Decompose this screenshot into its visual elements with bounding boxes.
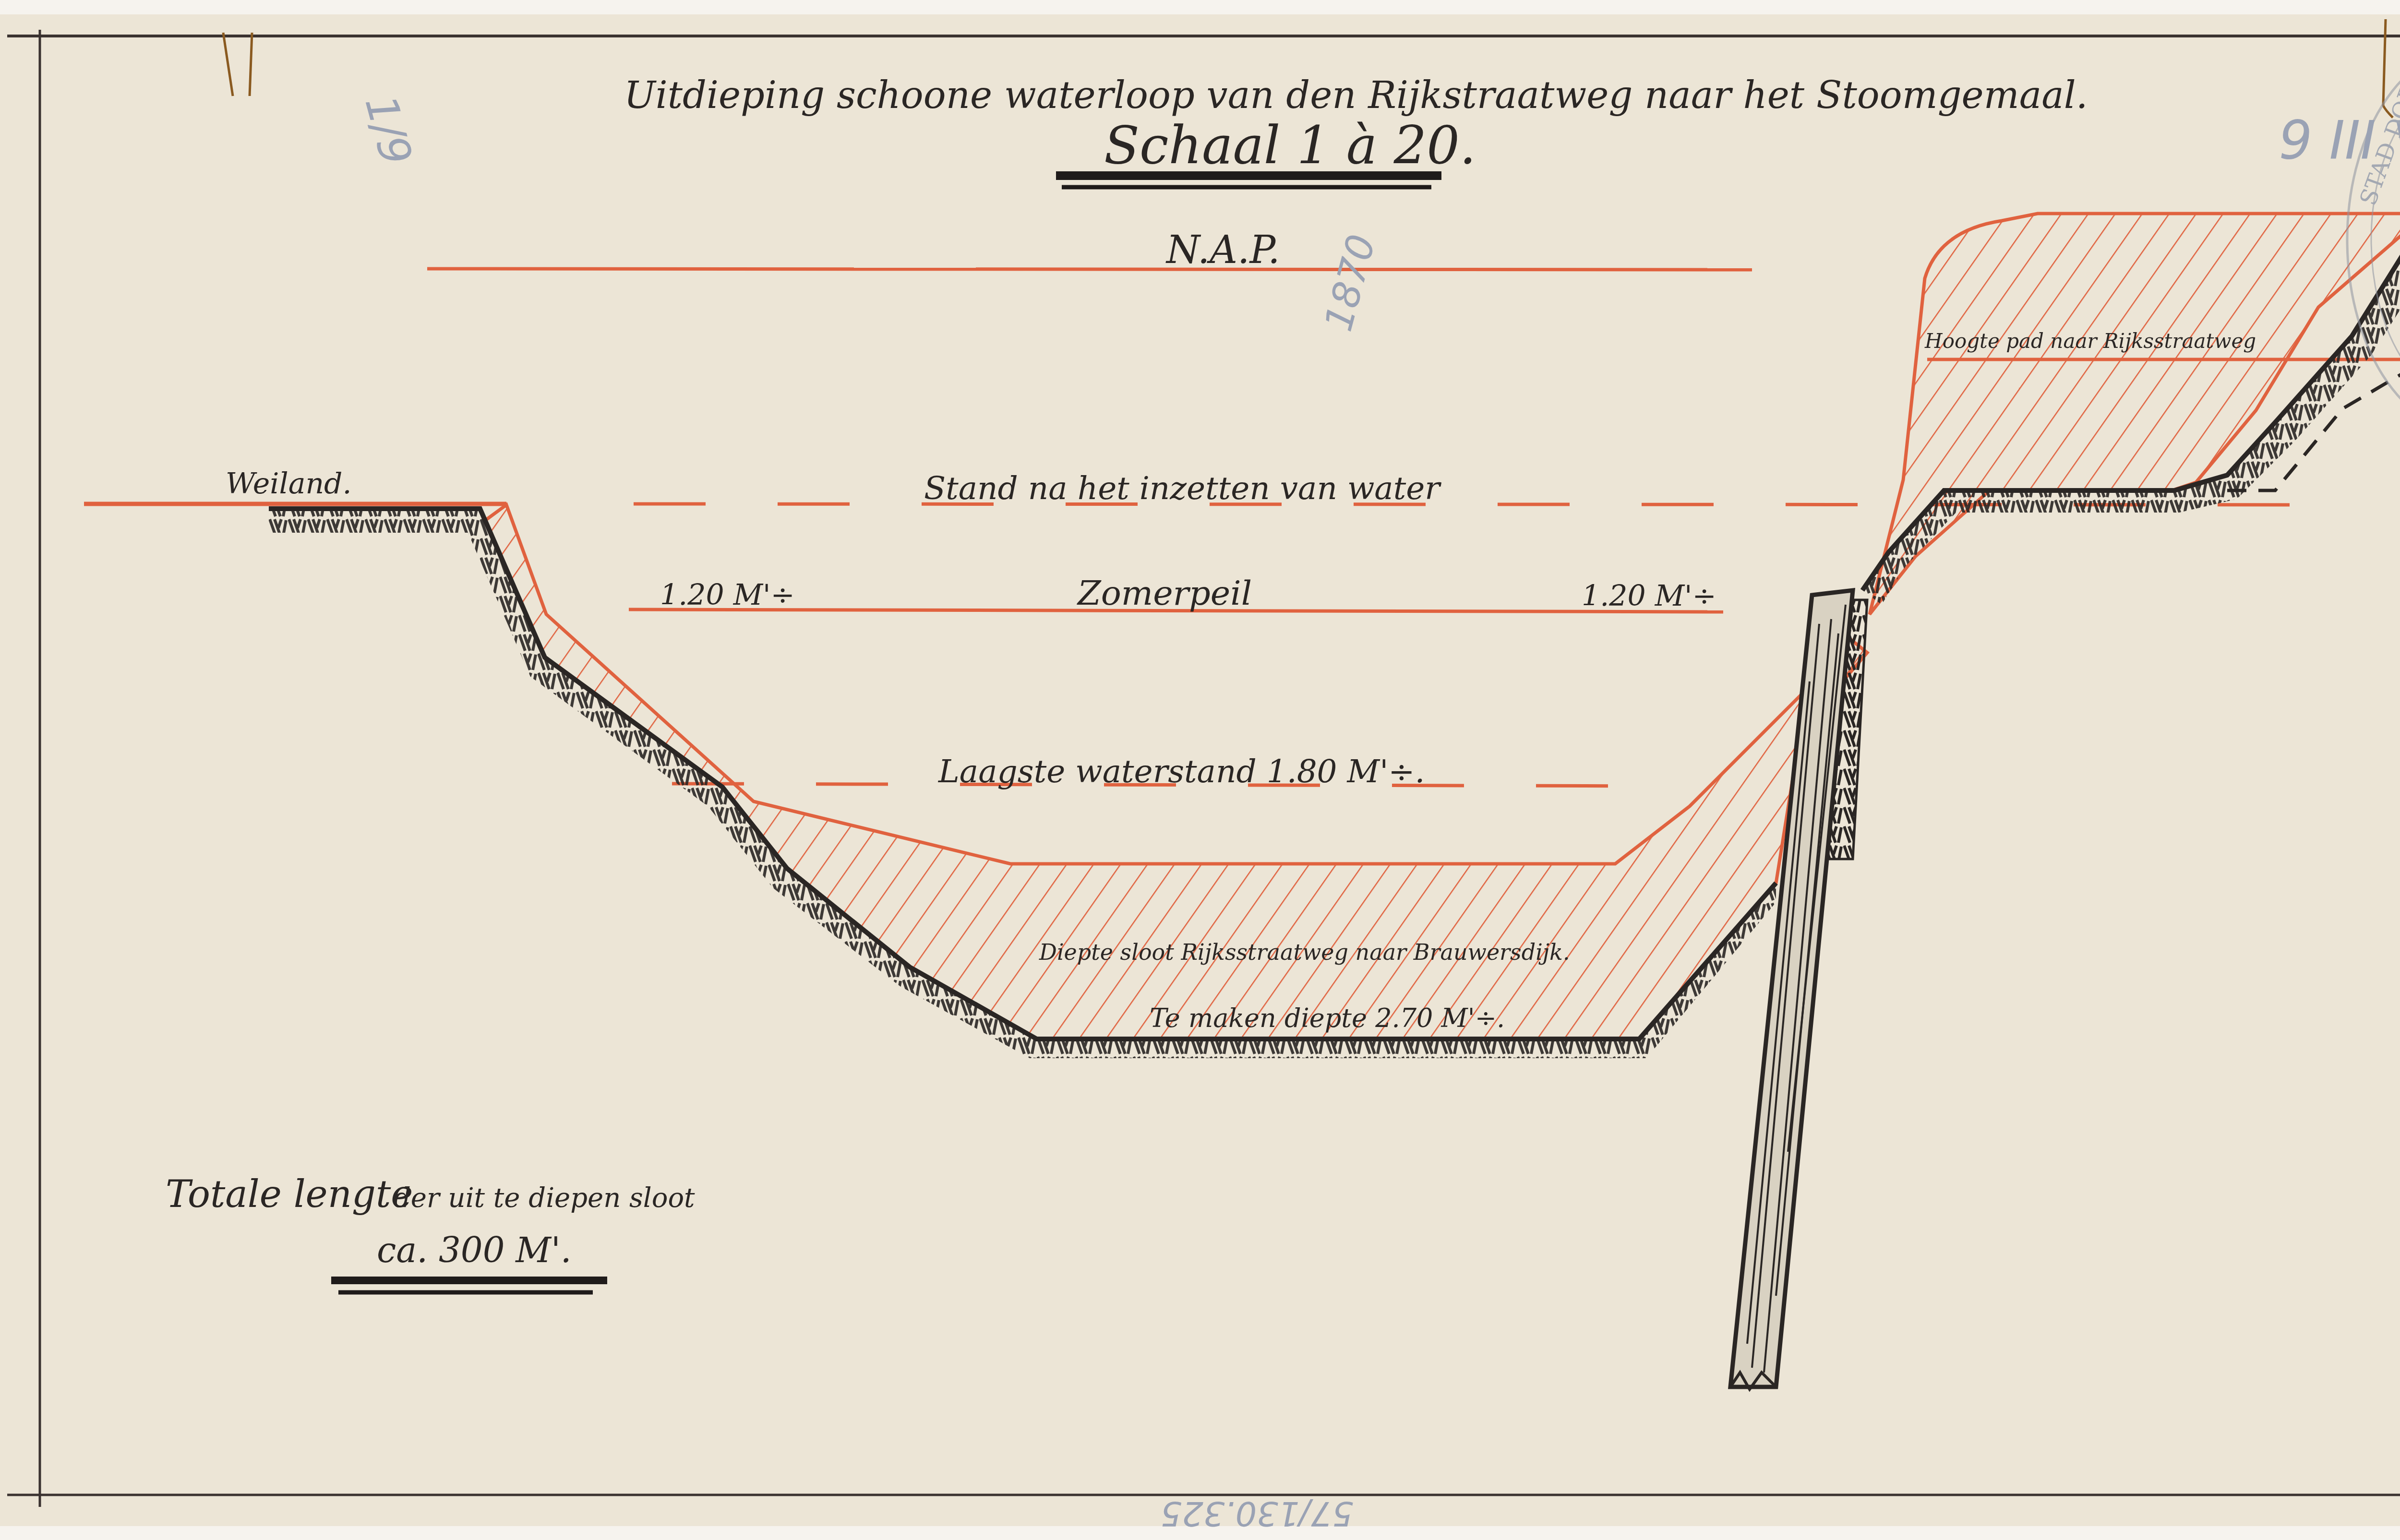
laagste-waterstand-label: Laagste waterstand 1.80 M'÷. bbox=[938, 753, 1425, 790]
drawing-title: Uitdieping schoone waterloop van den Rij… bbox=[624, 74, 2088, 117]
stand-water-label: Stand na het inzetten van water bbox=[924, 470, 1441, 507]
total-length-value: ca. 300 M'. bbox=[377, 1230, 572, 1270]
zomerpeil-label: Zomerpeil bbox=[1077, 573, 1252, 613]
te-maken-diepte-label: Te maken diepte 2.70 M'÷. bbox=[1150, 1003, 1505, 1033]
pencil-note-bottom: 57/130.325 bbox=[1161, 1494, 1354, 1533]
total-length-note-a: Totale lengte bbox=[166, 1173, 413, 1216]
pencil-note-top-left: 1/9 bbox=[355, 90, 421, 170]
total-length-note-b: der uit te diepen sloot bbox=[394, 1182, 695, 1214]
zomerpeil-right-level: 1.20 M'÷ bbox=[1582, 579, 1716, 613]
weiland-label: Weiland. bbox=[226, 467, 352, 501]
cross-section-drawing: Uitdieping schoone waterloop van den Rij… bbox=[0, 0, 2400, 1540]
diepte-sloot-label: Diepte sloot Rijksstraatweg naar Brauwer… bbox=[1039, 939, 1570, 965]
hoogte-pad-label: Hoogte pad naar Rijksstraatweg bbox=[1924, 329, 2256, 353]
stamp-text-top: STAD DORDRECHT bbox=[2355, 0, 2400, 209]
nap-line bbox=[427, 269, 1752, 270]
nap-label: N.A.P. bbox=[1165, 227, 1280, 272]
pencil-note-date: 1870 bbox=[1316, 230, 1384, 336]
zomerpeil-left-level: 1.20 M'÷ bbox=[660, 578, 795, 612]
drawing-scale: Schaal 1 à 20. bbox=[1104, 116, 1476, 176]
excavation-region-upper-right bbox=[1870, 214, 2400, 614]
